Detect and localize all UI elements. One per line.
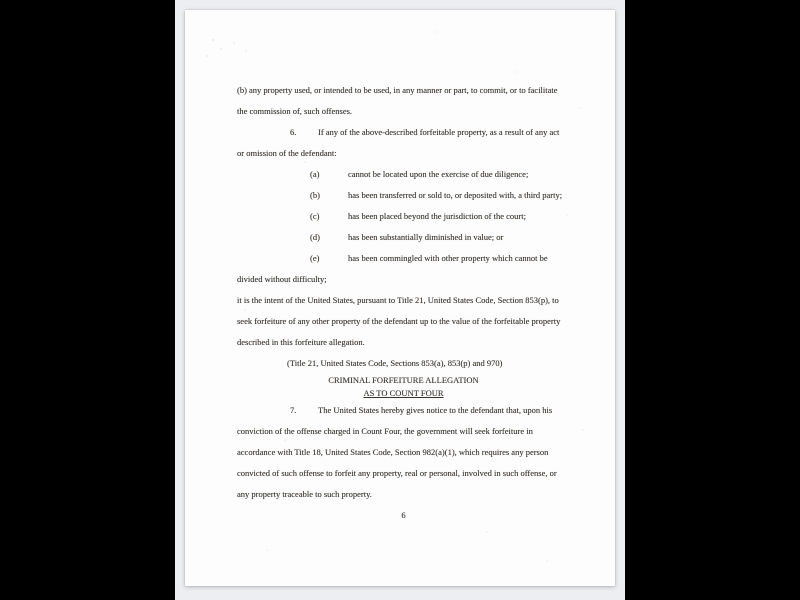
subitem-label: (e): [310, 248, 348, 269]
paragraph-number: 6.: [290, 122, 318, 143]
body-line: convicted of such offense to forfeit any…: [237, 463, 570, 484]
subitem-text: has been commingled with other property …: [348, 253, 548, 263]
subitem-text: has been placed beyond the jurisdiction …: [348, 211, 526, 221]
subitem-label: (c): [310, 206, 348, 227]
paragraph-text: If any of the above-described forfeitabl…: [318, 127, 559, 137]
body-line: seek forfeiture of any other property of…: [237, 311, 570, 332]
count-heading: AS TO COUNT FOUR: [237, 387, 570, 400]
body-line: it is the intent of the United States, p…: [237, 290, 570, 311]
subitem-row: (c)has been placed beyond the jurisdicti…: [237, 206, 570, 227]
subitem-row: (e)has been commingled with other proper…: [237, 248, 570, 269]
subitem-text: has been transferred or sold to, or depo…: [348, 190, 562, 200]
paragraph-text: The United States hereby gives notice to…: [318, 405, 552, 415]
subitem-label: (b): [310, 185, 348, 206]
subitem-label: (d): [310, 227, 348, 248]
body-line: described in this forfeiture allegation.: [237, 332, 570, 353]
document-viewer-background: (b) any property used, or intended to be…: [175, 0, 625, 600]
paragraph-6-first-line: 6.If any of the above-described forfeita…: [237, 122, 570, 143]
subitem-label: (a): [310, 164, 348, 185]
document-page: (b) any property used, or intended to be…: [185, 10, 615, 586]
page-content: (b) any property used, or intended to be…: [185, 10, 615, 586]
body-line: (b) any property used, or intended to be…: [237, 80, 570, 101]
subitem-row: (b)has been transferred or sold to, or d…: [237, 185, 570, 206]
page-number: 6: [237, 505, 570, 526]
subitem-row: (d)has been substantially diminished in …: [237, 227, 570, 248]
paragraph-number: 7.: [290, 400, 318, 421]
body-line: accordance with Title 18, United States …: [237, 442, 570, 463]
statute-citation: (Title 21, United States Code, Sections …: [237, 353, 570, 374]
subitem-text: cannot be located upon the exercise of d…: [348, 169, 528, 179]
paragraph-7-first-line: 7.The United States hereby gives notice …: [237, 400, 570, 421]
subitem-row: (a)cannot be located upon the exercise o…: [237, 164, 570, 185]
screen: { "document": { "intro_lines": [ "(b) an…: [0, 0, 800, 600]
body-line: any property traceable to such property.: [237, 484, 570, 505]
body-line: divided without difficulty;: [237, 269, 570, 290]
section-heading: CRIMINAL FORFEITURE ALLEGATION: [237, 374, 570, 387]
body-line: conviction of the offense charged in Cou…: [237, 421, 570, 442]
subitem-text: has been substantially diminished in val…: [348, 232, 503, 242]
body-line: or omission of the defendant:: [237, 143, 570, 164]
body-line: the commission of, such offenses.: [237, 101, 570, 122]
